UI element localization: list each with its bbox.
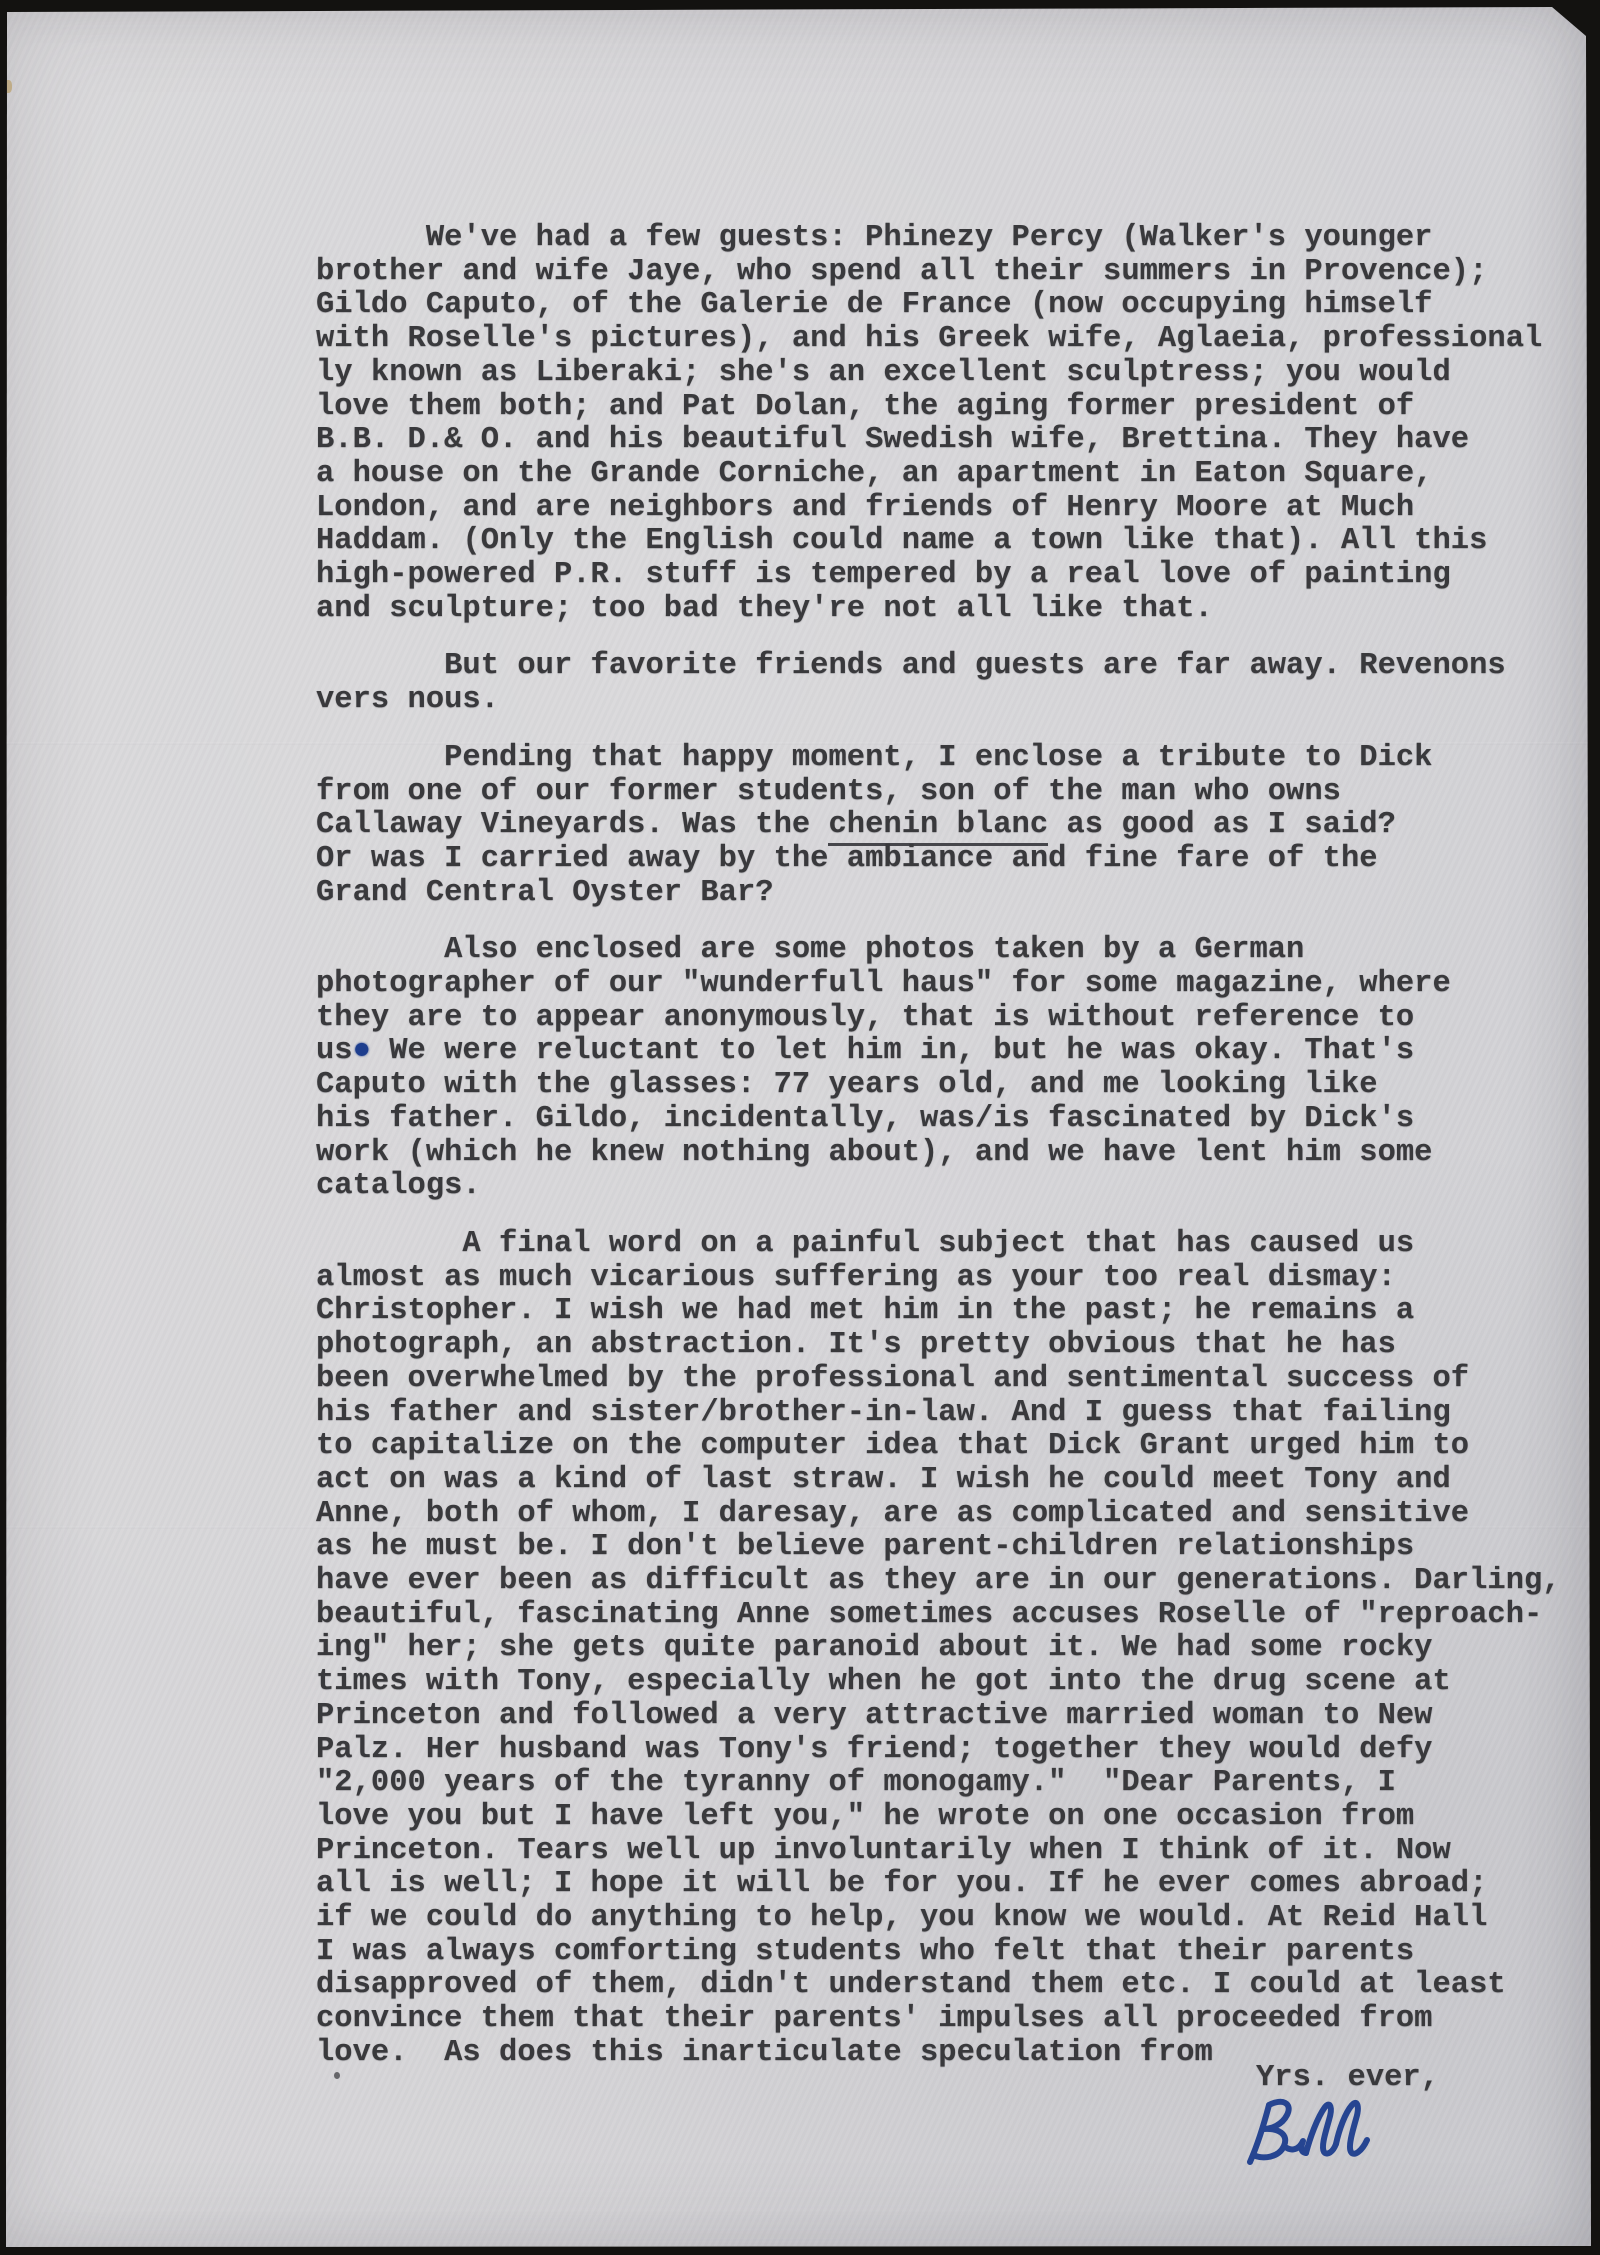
- fold-crease-upper: [0, 742, 1590, 745]
- typed-line: Or was I carried away by the ambiance an…: [316, 843, 1561, 877]
- paragraph: Also enclosed are some photos taken by a…: [316, 934, 1561, 1204]
- fold-crease-lower: [0, 1526, 1590, 1529]
- typed-text: We were reluctant to let him in, but he …: [371, 1034, 1414, 1068]
- typed-line: from one of our former students, son of …: [316, 776, 1561, 810]
- closing-salutation: Yrs. ever,: [1256, 2062, 1439, 2096]
- paragraph: We've had a few guests: Phinezy Percy (W…: [316, 222, 1561, 626]
- typed-line: times with Tony, especially when he got …: [316, 1666, 1561, 1700]
- typed-line: B.B. D.& O. and his beautiful Swedish wi…: [316, 424, 1561, 458]
- typed-line: Grand Central Oyster Bar?: [316, 877, 1561, 911]
- typed-line: work (which he knew nothing about), and …: [316, 1137, 1561, 1171]
- typed-line: love you but I have left you," he wrote …: [316, 1801, 1561, 1835]
- paragraph: But our favorite friends and guests are …: [316, 650, 1561, 717]
- typed-line: Caputo with the glasses: 77 years old, a…: [316, 1069, 1561, 1103]
- typed-line: vers nous.: [316, 684, 1561, 718]
- typed-line: almost as much vicarious suffering as yo…: [316, 1262, 1561, 1296]
- typed-line: I was always comforting students who fel…: [316, 1936, 1561, 1970]
- paragraph: A final word on a painful subject that h…: [316, 1228, 1561, 2071]
- typed-line: act on was a kind of last straw. I wish …: [316, 1464, 1561, 1498]
- typed-line: Palz. Her husband was Tony's friend; tog…: [316, 1734, 1561, 1768]
- typed-line: a house on the Grande Corniche, an apart…: [316, 458, 1561, 492]
- typed-line: Haddam. (Only the English could name a t…: [316, 525, 1561, 559]
- letter-body-text: We've had a few guests: Phinezy Percy (W…: [316, 222, 1561, 2071]
- typed-line: beautiful, fascinating Anne sometimes ac…: [316, 1599, 1561, 1633]
- typed-line: We've had a few guests: Phinezy Percy (W…: [316, 222, 1561, 256]
- typed-line: "2,000 years of the tyranny of monogamy.…: [316, 1767, 1561, 1801]
- typed-line: ing" her; she gets quite paranoid about …: [316, 1632, 1561, 1666]
- typed-line: Pending that happy moment, I enclose a t…: [316, 742, 1561, 776]
- typed-line: his father. Gildo, incidentally, was/is …: [316, 1103, 1561, 1137]
- typed-line: London, and are neighbors and friends of…: [316, 492, 1561, 526]
- typed-text: as good as I said?: [1048, 808, 1396, 842]
- typed-line: love. As does this inarticulate speculat…: [316, 2037, 1561, 2071]
- typed-line: and sculpture; too bad they're not all l…: [316, 593, 1561, 627]
- typed-line: Callaway Vineyards. Was the chenin blanc…: [316, 809, 1561, 843]
- typed-line: us● We were reluctant to let him in, but…: [316, 1035, 1561, 1069]
- typed-line: love them both; and Pat Dolan, the aging…: [316, 391, 1561, 425]
- typed-line: photographer of our "wunderfull haus" fo…: [316, 968, 1561, 1002]
- typed-line: Also enclosed are some photos taken by a…: [316, 934, 1561, 968]
- typed-line: photograph, an abstraction. It's pretty …: [316, 1329, 1561, 1363]
- typed-line: Anne, both of whom, I daresay, are as co…: [316, 1498, 1561, 1532]
- paper-speck: [4, 80, 12, 93]
- typed-line: his father and sister/brother-in-law. An…: [316, 1397, 1561, 1431]
- typed-line: been overwhelmed by the professional and…: [316, 1363, 1561, 1397]
- signature-bill: Bill: [1236, 2094, 1416, 2180]
- typed-text: us: [316, 1034, 353, 1068]
- ink-blot: ●: [353, 1034, 371, 1068]
- typed-line: catalogs.: [316, 1170, 1561, 1204]
- typed-line: all is well; I hope it will be for you. …: [316, 1868, 1561, 1902]
- signature-strokes: [1250, 2102, 1367, 2162]
- typed-line: Gildo Caputo, of the Galerie de France (…: [316, 289, 1561, 323]
- typed-line: they are to appear anonymously, that is …: [316, 1002, 1561, 1036]
- typed-line: But our favorite friends and guests are …: [316, 650, 1561, 684]
- typed-line: have ever been as difficult as they are …: [316, 1565, 1561, 1599]
- typed-line: if we could do anything to help, you kno…: [316, 1902, 1561, 1936]
- typed-line: high-powered P.R. stuff is tempered by a…: [316, 559, 1561, 593]
- typed-line: as he must be. I don't believe parent-ch…: [316, 1531, 1561, 1565]
- typed-line: Christopher. I wish we had met him in th…: [316, 1295, 1561, 1329]
- typed-line: convince them that their parents' impuls…: [316, 2003, 1561, 2037]
- letter-page: We've had a few guests: Phinezy Percy (W…: [0, 0, 1600, 2255]
- stray-type-dot: [334, 2072, 340, 2079]
- typed-text: Callaway Vineyards. Was the: [316, 808, 828, 842]
- underlined-phrase: chenin blanc: [828, 808, 1048, 846]
- scan-background: We've had a few guests: Phinezy Percy (W…: [0, 0, 1600, 2255]
- typed-line: disapproved of them, didn't understand t…: [316, 1969, 1561, 2003]
- typed-line: to capitalize on the computer idea that …: [316, 1430, 1561, 1464]
- typed-line: Princeton and followed a very attractive…: [316, 1700, 1561, 1734]
- typed-line: with Roselle's pictures), and his Greek …: [316, 323, 1561, 357]
- typed-line: Princeton. Tears well up involuntarily w…: [316, 1835, 1561, 1869]
- paragraph: Pending that happy moment, I enclose a t…: [316, 742, 1561, 911]
- typed-line: A final word on a painful subject that h…: [316, 1228, 1561, 1262]
- typed-line: brother and wife Jaye, who spend all the…: [316, 256, 1561, 290]
- typed-line: ly known as Liberaki; she's an excellent…: [316, 357, 1561, 391]
